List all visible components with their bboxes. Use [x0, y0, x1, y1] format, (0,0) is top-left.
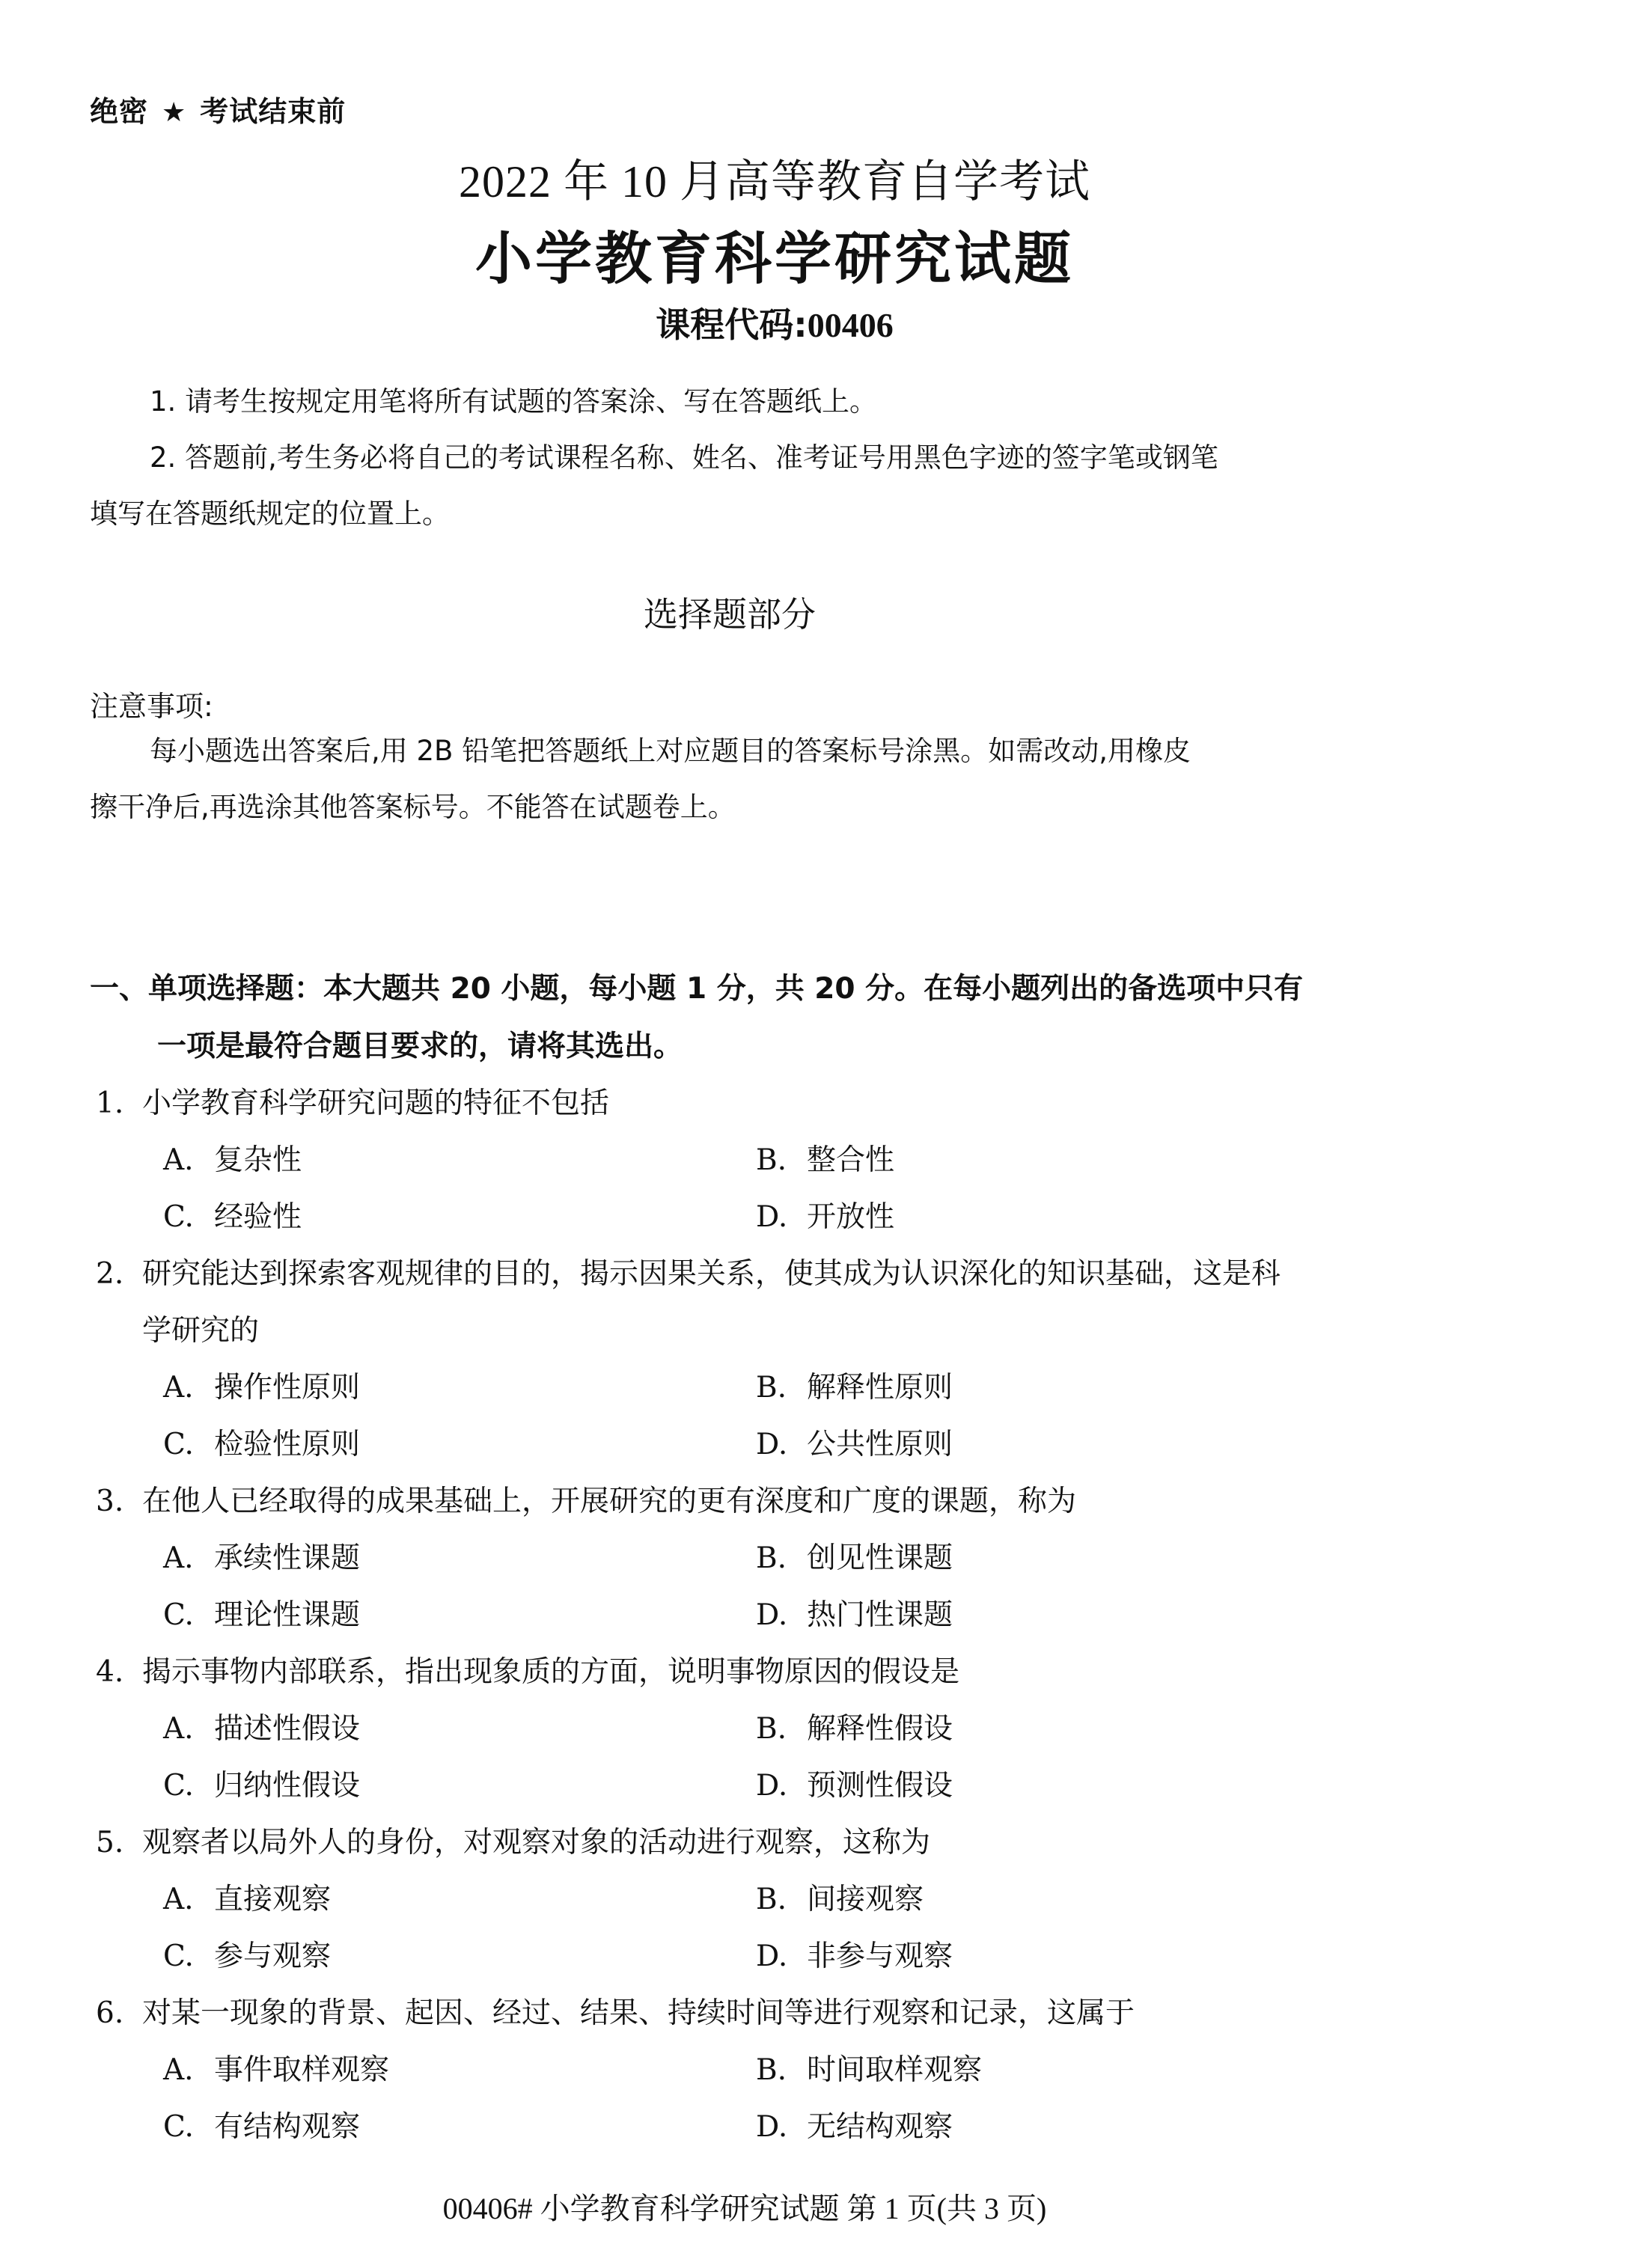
instruction-1: 1. 请考生按规定用笔将所有试题的答案涂、写在答题纸上。 [150, 388, 877, 415]
option-3d: D.热门性课题 [756, 1592, 953, 1633]
option-4c: C.归纳性假设 [163, 1762, 360, 1804]
notice-label: 注意事项: [90, 683, 213, 724]
option-3b: B.创见性课题 [756, 1535, 953, 1577]
question-number: 3. [96, 1485, 142, 1518]
confidential-notice: 绝密★考试结束前 [90, 88, 346, 129]
option-6d: D.无结构观察 [756, 2103, 953, 2145]
option-1a: A.复杂性 [163, 1137, 302, 1179]
question-stem: 小学教育科学研究问题的特征不包括 [142, 1086, 609, 1120]
notice-line-1: 每小题选出答案后,用 2B 铅笔把答题纸上对应题目的答案标号涂黑。如需改动,用橡… [150, 737, 1191, 765]
instruction-2-cont: 填写在答题纸规定的位置上。 [90, 500, 450, 528]
question-3: 3.在他人已经取得的成果基础上，开展研究的更有深度和广度的课题，称为 [96, 1478, 1076, 1520]
page-footer: 00406# 小学教育科学研究试题 第 1 页(共 3 页) [0, 2185, 1564, 2228]
question-2: 2.研究能达到探索客观规律的目的，揭示因果关系，使其成为认识深化的知识基础，这是… [96, 1250, 1281, 1292]
confidential-label: 绝密 [90, 95, 148, 128]
question-number: 6. [96, 1996, 142, 2030]
question-number: 5. [96, 1826, 142, 1859]
question-5: 5.观察者以局外人的身份，对观察对象的活动进行观察，这称为 [96, 1819, 930, 1861]
question-4: 4.揭示事物内部联系，指出现象质的方面，说明事物原因的假设是 [96, 1648, 959, 1690]
option-2a: A.操作性原则 [163, 1364, 360, 1406]
question-6: 6.对某一现象的背景、起因、经过、结果、持续时间等进行观察和记录，这属于 [96, 1990, 1135, 2032]
option-3a: A.承续性课题 [163, 1535, 360, 1577]
question-number: 1. [96, 1086, 142, 1120]
part-one-heading-cont: 一项是最符合题目要求的，请将其选出。 [157, 1023, 683, 1065]
option-1b: B.整合性 [756, 1137, 894, 1179]
option-5a: A.直接观察 [163, 1876, 331, 1918]
option-6c: C.有结构观察 [163, 2103, 360, 2145]
option-2c: C.检验性原则 [163, 1421, 360, 1463]
option-4d: D.预测性假设 [756, 1762, 953, 1804]
option-3c: C.理论性课题 [163, 1592, 360, 1633]
question-number: 2. [96, 1257, 142, 1291]
option-5d: D.非参与观察 [756, 1933, 953, 1975]
option-6b: B.时间取样观察 [756, 2047, 982, 2088]
part-one-heading: 一、单项选择题：本大题共 20 小题，每小题 1 分，共 20 分。在每小题列出… [90, 965, 1303, 1007]
option-5b: B.间接观察 [756, 1876, 924, 1918]
course-code: 课程代码:00406 [0, 298, 1594, 347]
question-stem: 在他人已经取得的成果基础上，开展研究的更有深度和广度的课题，称为 [142, 1485, 1076, 1518]
course-code-label: 课程代码: [656, 305, 807, 345]
question-stem: 观察者以局外人的身份，对观察对象的活动进行观察，这称为 [142, 1826, 930, 1859]
question-stem: 研究能达到探索客观规律的目的，揭示因果关系，使其成为认识深化的知识基础，这是科 [142, 1257, 1281, 1291]
notice-line-2: 擦干净后,再选涂其他答案标号。不能答在试题卷上。 [90, 793, 736, 821]
exam-title: 2022 年 10 月高等教育自学考试 [0, 146, 1594, 210]
question-number: 4. [96, 1655, 142, 1689]
exam-page: 绝密★考试结束前 2022 年 10 月高等教育自学考试 小学教育科学研究试题 … [0, 0, 1639, 2268]
option-4a: A.描述性假设 [163, 1705, 360, 1747]
paper-title: 小学教育科学研究试题 [0, 213, 1594, 295]
question-stem: 揭示事物内部联系，指出现象质的方面，说明事物原因的假设是 [142, 1655, 959, 1689]
option-1c: C.经验性 [163, 1193, 302, 1235]
option-4b: B.解释性假设 [756, 1705, 953, 1747]
question-1: 1.小学教育科学研究问题的特征不包括 [96, 1080, 609, 1122]
star-icon: ★ [162, 97, 186, 128]
option-2b: B.解释性原则 [756, 1364, 953, 1406]
option-5c: C.参与观察 [163, 1933, 331, 1975]
option-6a: A.事件取样观察 [163, 2047, 389, 2088]
course-code-value: 00406 [808, 306, 894, 344]
confidential-until-label: 考试结束前 [200, 95, 346, 128]
option-2d: D.公共性原则 [756, 1421, 953, 1463]
question-stem: 对某一现象的背景、起因、经过、结果、持续时间等进行观察和记录，这属于 [142, 1996, 1135, 2030]
section-title: 选择题部分 [0, 587, 1549, 637]
question-2-cont: 学研究的 [142, 1307, 259, 1349]
instruction-2: 2. 答题前,考生务必将自己的考试课程名称、姓名、准考证号用黑色字迹的签字笔或钢… [150, 444, 1218, 471]
option-1d: D.开放性 [756, 1193, 894, 1235]
